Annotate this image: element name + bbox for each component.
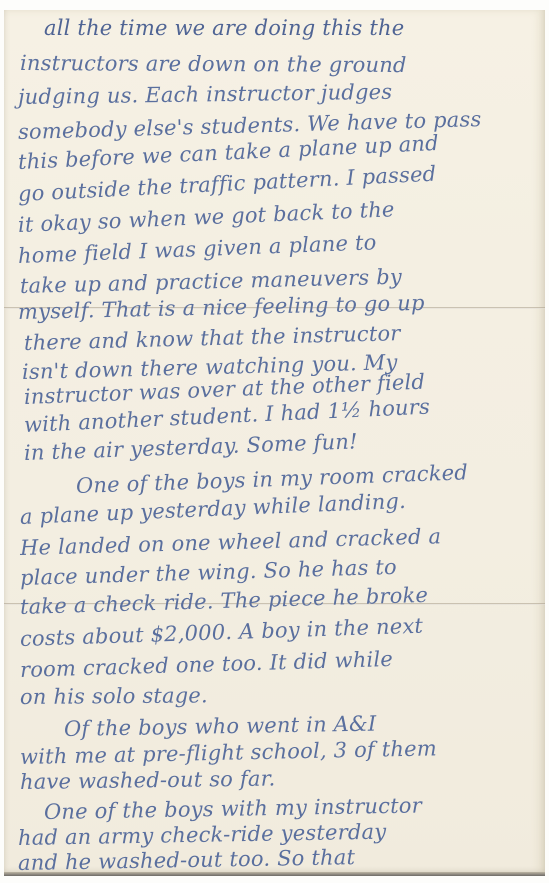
letter-page: all the time we are doing this the instr… <box>4 10 545 876</box>
handwritten-line: judging us. Each instructor judges <box>18 80 393 109</box>
handwritten-line: room cracked one too. It did while <box>20 647 394 682</box>
handwritten-line: on his solo stage. <box>20 683 208 709</box>
handwritten-line: and he washed-out too. So that <box>18 845 356 875</box>
handwritten-line: One of the boys in my room cracked <box>76 460 469 498</box>
handwritten-line: instructors are down on the ground <box>20 51 407 77</box>
handwritten-line: with me at pre-flight school, 3 of them <box>20 736 437 769</box>
handwritten-line: Of the boys who went in A&I <box>64 712 377 741</box>
handwritten-line: costs about $2,000. A boy in the next <box>20 614 424 651</box>
handwritten-line: take a check ride. The piece he broke <box>20 583 429 619</box>
handwritten-line: have washed-out so far. <box>20 766 276 794</box>
handwritten-line: home field I was given a plane to <box>18 230 377 268</box>
paper-bottom-edge <box>4 872 545 876</box>
handwritten-line: there and know that the instructor <box>24 321 401 355</box>
handwritten-line: all the time we are doing this the <box>44 16 404 40</box>
